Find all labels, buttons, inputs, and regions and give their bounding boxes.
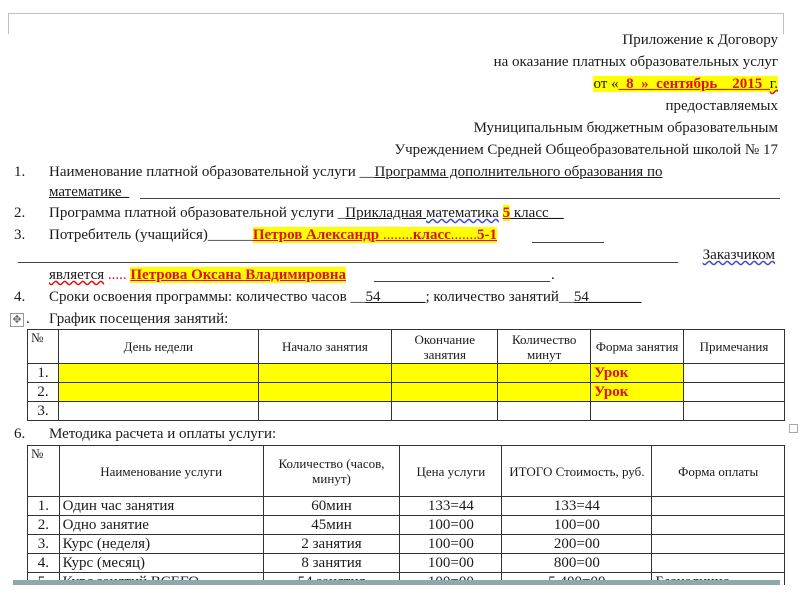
customer-underline: [18, 262, 678, 263]
header-end: Окончание занятия: [392, 330, 498, 364]
day-cell[interactable]: [58, 383, 258, 402]
item-5-number: .: [26, 310, 30, 328]
service-name-cell[interactable]: Курс (месяц): [59, 554, 263, 573]
total-cell[interactable]: 200=00: [502, 535, 652, 554]
customer-end: .: [551, 266, 555, 284]
item-1-cont: математике_: [49, 183, 129, 201]
table-move-handle-icon[interactable]: ✥: [10, 313, 24, 327]
notes-cell[interactable]: [684, 364, 785, 383]
class-value[interactable]: 5-1: [477, 227, 497, 243]
form-cell[interactable]: Урок: [591, 364, 684, 383]
minutes-cell[interactable]: [498, 383, 591, 402]
price-cell[interactable]: 100=00: [400, 554, 502, 573]
item-2-label: Программа платной образовательной услуги…: [49, 205, 345, 221]
item-6-label: Методика расчета и оплаты услуги:: [49, 425, 276, 443]
row-no: 2.: [28, 383, 59, 402]
table-row: 1. Один час занятия 60мин 133=44 133=44: [28, 497, 785, 516]
row-no: 1.: [28, 364, 59, 383]
item-1: Наименование платной образовательной усл…: [49, 163, 662, 181]
header-no: №: [28, 446, 60, 497]
row-no: 2.: [28, 516, 60, 535]
header-price: Цена услуги: [400, 446, 502, 497]
day-cell[interactable]: [58, 402, 258, 421]
payment-table: № Наименование услуги Количество (часов,…: [27, 445, 785, 592]
header-line-6: Учреждением Средней Общеобразовательной …: [395, 141, 779, 159]
header-quantity: Количество (часов, минут): [263, 446, 400, 497]
lessons-value[interactable]: 54: [574, 289, 589, 305]
item-2-number: 2.: [14, 204, 25, 222]
header-day: День недели: [58, 330, 258, 364]
customer-name-underline: [374, 281, 550, 282]
service-name-cell[interactable]: Одно занятие: [59, 516, 263, 535]
notes-cell[interactable]: [684, 402, 785, 421]
table-row: 1. Урок: [28, 364, 785, 383]
header-line-1: Приложение к Договору: [622, 31, 778, 49]
payment-form-cell[interactable]: [652, 535, 785, 554]
date-prefix: от «: [593, 76, 618, 92]
form-cell[interactable]: [591, 402, 684, 421]
header-line-2: на оказание платных образовательных услу…: [494, 53, 778, 71]
item-4: Сроки освоения программы: количество час…: [49, 288, 641, 306]
date-suffix: г.: [770, 76, 778, 92]
header-no: №: [28, 330, 59, 364]
quantity-cell[interactable]: 60мин: [263, 497, 400, 516]
customer-label: Заказчиком: [703, 246, 775, 264]
form-cell[interactable]: Урок: [591, 383, 684, 402]
customer-name[interactable]: Петрова Оксана Владимировна: [130, 267, 346, 283]
item-3-underline: [532, 242, 604, 243]
page-bottom-margin: [0, 585, 800, 600]
row-no: 3.: [28, 402, 59, 421]
table-row: 3.: [28, 402, 785, 421]
header-minutes: Количество минут: [498, 330, 591, 364]
header-total: ИТОГО Стоимость, руб.: [502, 446, 652, 497]
item-1-value-cont[interactable]: математике_: [49, 184, 129, 200]
notes-cell[interactable]: [684, 383, 785, 402]
start-cell[interactable]: [258, 364, 392, 383]
row-no: 1.: [28, 497, 60, 516]
item-1-label: Наименование платной образовательной усл…: [49, 164, 375, 180]
item-2: Программа платной образовательной услуги…: [49, 204, 564, 222]
total-cell[interactable]: 100=00: [502, 516, 652, 535]
minutes-cell[interactable]: [498, 364, 591, 383]
payment-form-cell[interactable]: [652, 516, 785, 535]
header-payment-form: Форма оплаты: [652, 446, 785, 497]
item-6-number: 6.: [14, 425, 25, 443]
date-day[interactable]: _8_»: [619, 76, 649, 92]
header-start: Начало занятия: [258, 330, 392, 364]
price-cell[interactable]: 100=00: [400, 535, 502, 554]
start-cell[interactable]: [258, 383, 392, 402]
end-cell[interactable]: [392, 383, 498, 402]
item-5-label: График посещения занятий:: [49, 310, 228, 328]
table-row: 2. Урок: [28, 383, 785, 402]
item-3-label: Потребитель (учащийся)______: [49, 227, 253, 243]
item-4-label: Сроки освоения программы: количество час…: [49, 289, 366, 305]
quantity-cell[interactable]: 45мин: [263, 516, 400, 535]
table-row: 3. Курс (неделя) 2 занятия 100=00 200=00: [28, 535, 785, 554]
table-resize-handle[interactable]: [789, 424, 798, 433]
payment-form-cell[interactable]: [652, 497, 785, 516]
header-line-4: предоставляемых: [665, 97, 778, 115]
item-2-value-a[interactable]: Прикладная: [345, 205, 426, 221]
row-no: 3.: [28, 535, 60, 554]
hours-value[interactable]: 54: [366, 289, 381, 305]
header-date: от «_8_»_сентябрь__2015_г.: [593, 75, 778, 93]
payment-form-cell[interactable]: [652, 554, 785, 573]
end-cell[interactable]: [392, 364, 498, 383]
schedule-table: № День недели Начало занятия Окончание з…: [27, 329, 785, 421]
row-no: 4.: [28, 554, 60, 573]
item-3: Потребитель (учащийся)______Петров Алекс…: [49, 226, 497, 244]
item-4-mid: ; количество занятий__: [426, 289, 574, 305]
start-cell[interactable]: [258, 402, 392, 421]
item-3-number: 3.: [14, 226, 25, 244]
class-label: класс: [413, 227, 451, 243]
service-name-cell[interactable]: Курс (неделя): [59, 535, 263, 554]
minutes-cell[interactable]: [498, 402, 591, 421]
is-label: является: [49, 267, 104, 283]
service-name-cell[interactable]: Один час занятия: [59, 497, 263, 516]
table-row: 2. Одно занятие 45мин 100=00 100=00: [28, 516, 785, 535]
price-cell[interactable]: 133=44: [400, 497, 502, 516]
item-1-underline: [140, 198, 780, 199]
end-cell[interactable]: [392, 402, 498, 421]
item-1-value[interactable]: Программа дополнительного образования по: [375, 164, 663, 180]
date-year[interactable]: _2015_: [725, 76, 770, 92]
item-2-value-b[interactable]: математика: [426, 205, 499, 221]
header-notes: Примечания: [684, 330, 785, 364]
total-cell[interactable]: 800=00: [502, 554, 652, 573]
item-1-number: 1.: [14, 163, 25, 181]
header-service-name: Наименование услуги: [59, 446, 263, 497]
quantity-cell[interactable]: 8 занятия: [263, 554, 400, 573]
header-line-5: Муниципальным бюджетным образовательным: [474, 119, 778, 137]
item-2-value-c[interactable]: класс__: [510, 205, 564, 221]
item-4-number: 4.: [14, 288, 25, 306]
total-cell[interactable]: 133=44: [502, 497, 652, 516]
table-row: 4. Курс (месяц) 8 занятия 100=00 800=00: [28, 554, 785, 573]
date-month[interactable]: _сентябрь_: [649, 76, 725, 92]
price-cell[interactable]: 100=00: [400, 516, 502, 535]
day-cell[interactable]: [58, 364, 258, 383]
customer-row: является ..... Петрова Оксана Владимиров…: [49, 266, 346, 284]
quantity-cell[interactable]: 2 занятия: [263, 535, 400, 554]
header-form: Форма занятия: [591, 330, 684, 364]
student-name[interactable]: Петров Александр: [253, 227, 379, 243]
